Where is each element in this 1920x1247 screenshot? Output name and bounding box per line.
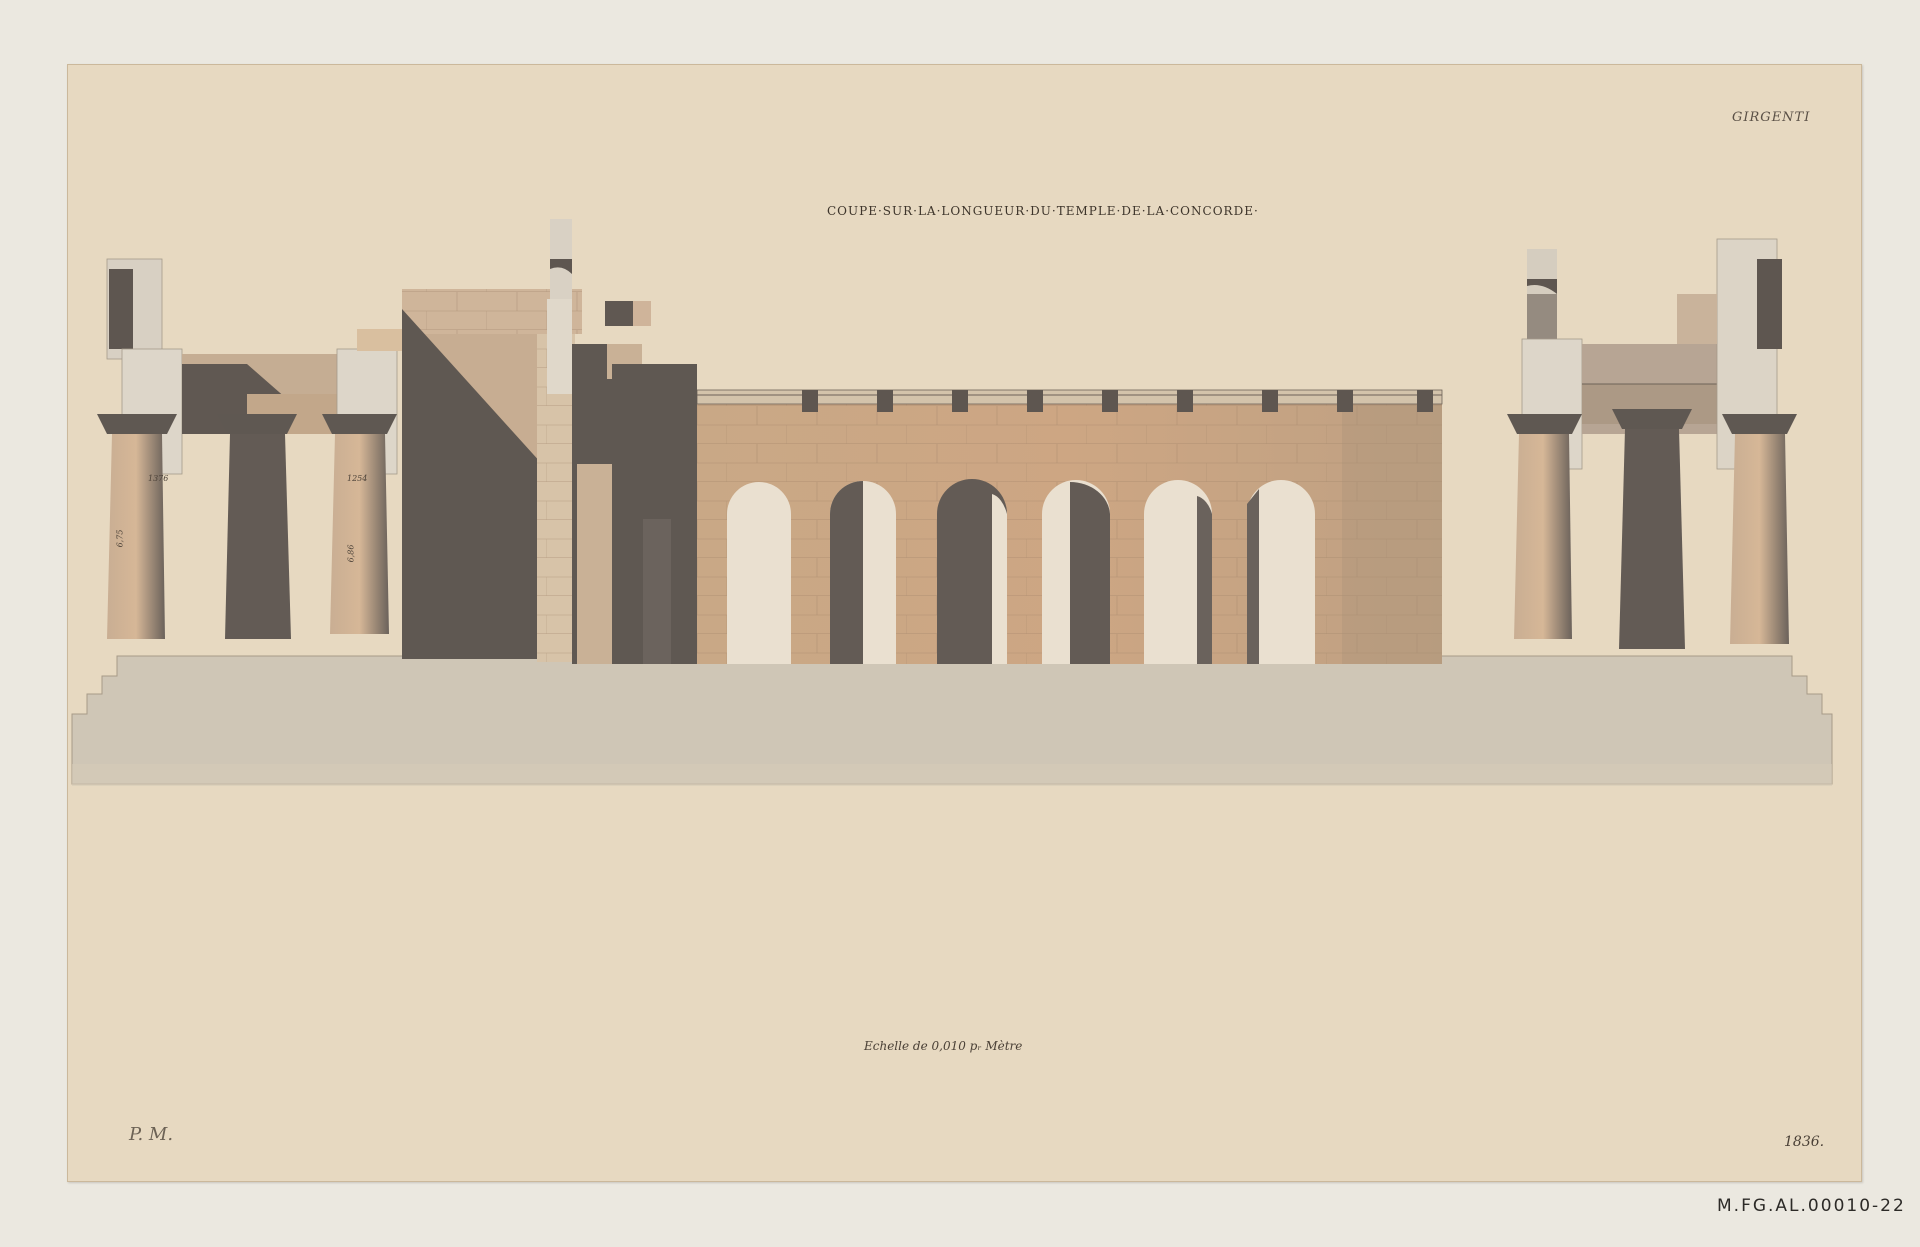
place-label: GIRGENTI bbox=[1732, 110, 1810, 125]
year-label: 1836. bbox=[1784, 1134, 1824, 1150]
drawing-title: COUPE·SUR·LA·LONGUEUR·DU·TEMPLE·DE·LA·CO… bbox=[827, 204, 1259, 218]
column-2 bbox=[217, 414, 297, 639]
capital-dimension-left: 1376 bbox=[148, 474, 168, 483]
scale-note: Echelle de 0,010 pᵣ Mètre bbox=[864, 1039, 1022, 1053]
temple-section-drawing bbox=[67, 64, 1862, 1182]
drawing-sheet: GIRGENTI COUPE·SUR·LA·LONGUEUR·DU·TEMPLE… bbox=[67, 64, 1862, 1182]
left-pronaos bbox=[402, 219, 697, 664]
column-5 bbox=[1612, 409, 1692, 649]
stylobate bbox=[72, 656, 1832, 786]
capital-dimension-second: 1254 bbox=[347, 474, 367, 483]
column-dimension-second: 6,86 bbox=[346, 545, 355, 563]
inventory-number: M.FG.AL.00010-22 bbox=[1717, 1196, 1906, 1216]
column-dimension-left: 6,75 bbox=[115, 530, 124, 548]
signature: P. M. bbox=[129, 1124, 173, 1145]
